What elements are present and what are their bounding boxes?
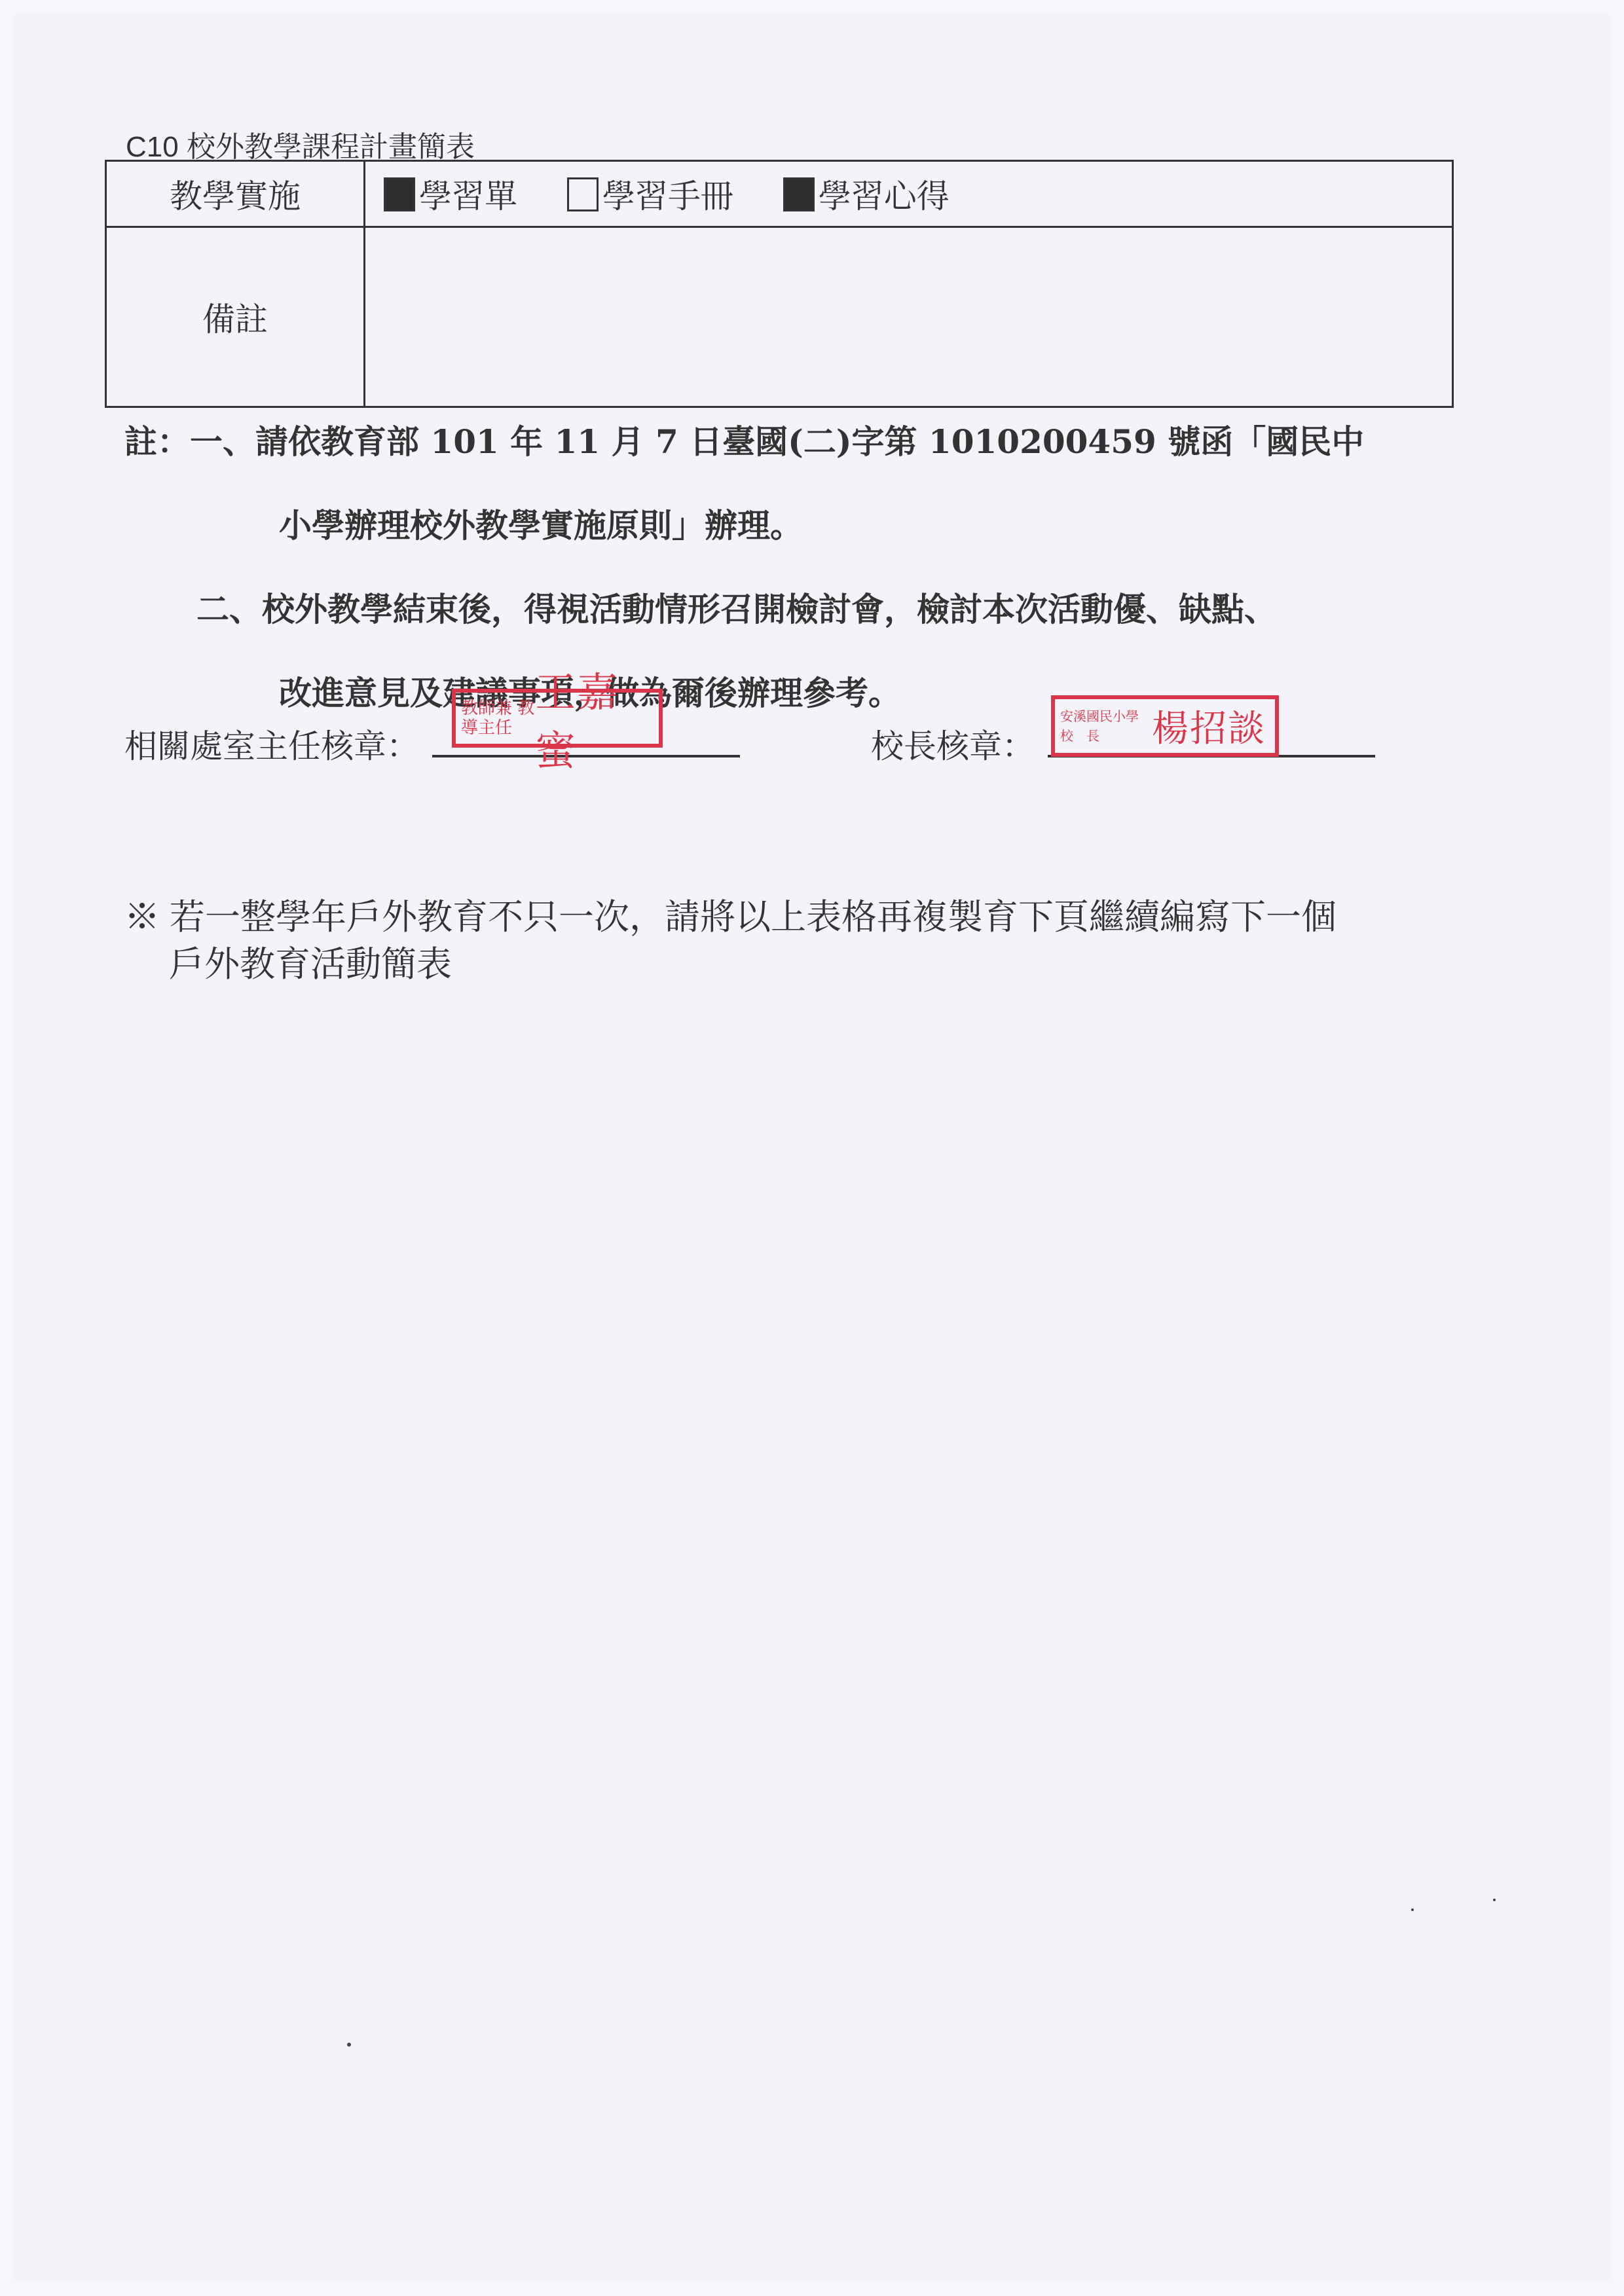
director-signature-label: 相關處室主任核章： xyxy=(124,728,419,765)
option-label: 學習手冊 xyxy=(602,177,733,215)
row-label: 備註 xyxy=(106,227,365,407)
note-2-line-1: 二、校外教學結束後，得視活動情形召開檢討會，檢討本次活動優、缺點、 xyxy=(124,587,1460,632)
option-label: 學習心得 xyxy=(819,177,950,215)
checkbox-unchecked-icon[interactable] xyxy=(567,177,599,211)
principal-seal-stamp: 安溪國民小學 校 長 楊招談 xyxy=(1051,695,1279,757)
table-row-teaching-implementation: 教學實施 學習單 學習手冊 學習心得 xyxy=(106,161,1453,227)
scan-speck xyxy=(1493,1899,1496,1901)
footnote: ※ 若一整學年戶外教育不只一次，請將以上表格再複製育下頁繼續編寫下一個 戶外教育… xyxy=(124,894,1460,988)
note-1-line-1: 註：一、請依教育部 101 年 11 月 7 日臺國(二)字第 10102004… xyxy=(124,419,1460,465)
footnote-line-2: 戶外教育活動簡表 xyxy=(124,941,1460,988)
checkbox-checked-icon[interactable] xyxy=(384,177,415,211)
option-reflection[interactable]: 學習心得 xyxy=(783,170,950,217)
teaching-options: 學習單 學習手冊 學習心得 xyxy=(365,161,1453,227)
stamp-title: 安溪國民小學 校 長 xyxy=(1060,706,1152,746)
plan-form-table: 教學實施 學習單 學習手冊 學習心得 備註 xyxy=(105,160,1454,408)
principal-signature-label: 校長核章： xyxy=(871,728,1035,765)
checkbox-checked-icon[interactable] xyxy=(783,177,815,211)
remarks-field[interactable] xyxy=(365,227,1453,407)
footnote-line-1: ※ 若一整學年戶外教育不只一次，請將以上表格再複製育下頁繼續編寫下一個 xyxy=(124,894,1460,941)
stamp-name: 楊招談 xyxy=(1152,700,1266,752)
document-title: C10 校外教學課程計畫簡表 xyxy=(126,123,475,165)
table-row-remarks: 備註 xyxy=(106,227,1453,407)
row-label: 教學實施 xyxy=(106,161,365,227)
director-seal-stamp: 教師兼 教導主任 王嘉蜜 xyxy=(452,689,663,748)
option-worksheet[interactable]: 學習單 xyxy=(384,170,517,217)
scan-speck xyxy=(347,2043,351,2047)
option-handbook[interactable]: 學習手冊 xyxy=(567,170,733,217)
scan-speck xyxy=(1411,1908,1414,1911)
notes-section: 註：一、請依教育部 101 年 11 月 7 日臺國(二)字第 10102004… xyxy=(124,419,1460,716)
note-1-line-2: 小學辦理校外教學實施原則」辦理。 xyxy=(124,503,1460,549)
option-label: 學習單 xyxy=(419,177,517,215)
stamp-title: 教師兼 教導主任 xyxy=(461,699,535,738)
stamp-name: 王嘉蜜 xyxy=(535,660,654,776)
